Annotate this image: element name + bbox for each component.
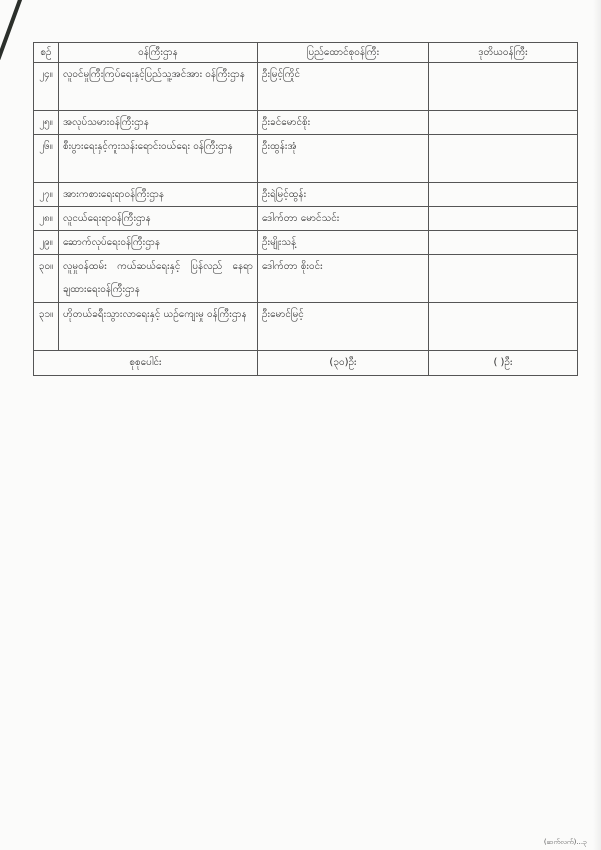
row-number: ၂၅။	[34, 111, 59, 135]
deputy-minister-name	[429, 255, 578, 303]
row-number: ၂၈။	[34, 207, 59, 231]
ministry-name: ဆောက်လုပ်ရေးဝန်ကြီးဌာန	[59, 231, 258, 255]
total-row: စုစုပေါင်း (၃၀)ဦး ( )ဦး	[34, 351, 578, 376]
deputy-minister-name	[429, 303, 578, 351]
table-row: ၂၈။ လူငယ်ရေးရာဝန်ကြီးဌာန ဒေါက်တာ မောင်သင…	[34, 207, 578, 231]
header-no: စဉ်	[34, 43, 59, 63]
table-row: ၂၅။ အလုပ်သမားဝန်ကြီးဌာန ဦးခင်မောင်စိုး	[34, 111, 578, 135]
union-minister-name: ဦးခင်မောင်စိုး	[258, 111, 429, 135]
page-continuation-note: (ဆက်လက်)...၃	[544, 838, 587, 848]
table-row: ၂၄။ လူဝင်မှုကြီးကြပ်ရေးနှင့်ပြည်သူ့အင်အာ…	[34, 63, 578, 111]
header-union-minister: ပြည်ထောင်စုဝန်ကြီး	[258, 43, 429, 63]
total-deputy-ministers: ( )ဦး	[429, 351, 578, 376]
total-union-ministers: (၃၀)ဦး	[258, 351, 429, 376]
page-edge-shadow	[593, 0, 601, 850]
union-minister-name: ဦးမောင်မြင့်	[258, 303, 429, 351]
row-number: ၃၀။	[34, 255, 59, 303]
deputy-minister-name	[429, 207, 578, 231]
union-minister-name: ဒေါက်တာ မောင်သင်း	[258, 207, 429, 231]
ministry-name: လူဝင်မှုကြီးကြပ်ရေးနှင့်ပြည်သူ့အင်အား ဝန…	[59, 63, 258, 111]
pen-mark	[0, 0, 24, 61]
union-minister-name: ဦးမျိုးသန့်	[258, 231, 429, 255]
row-number: ၂၆။	[34, 135, 59, 183]
union-minister-name: ဦးရဲမြင့်ထွန်း	[258, 183, 429, 207]
row-number: ၃၁။	[34, 303, 59, 351]
header-deputy-minister: ဒုတိယဝန်ကြီး	[429, 43, 578, 63]
ministry-name: အားကစားရေးရာဝန်ကြီးဌာန	[59, 183, 258, 207]
ministry-name: ဟိုတယ်ခရီးသွားလာရေးနှင့် ယဉ်ကျေးမှု ဝန်က…	[59, 303, 258, 351]
table-row: ၃၁။ ဟိုတယ်ခရီးသွားလာရေးနှင့် ယဉ်ကျေးမှု …	[34, 303, 578, 351]
deputy-minister-name	[429, 231, 578, 255]
row-number: ၂၄။	[34, 63, 59, 111]
union-minister-name: ဦးမြင့်ကြိုင်	[258, 63, 429, 111]
table-row: ၃၀။ လူမှုဝန်ထမ်း ကယ်ဆယ်ရေးနှင့် ပြန်လည် …	[34, 255, 578, 303]
deputy-minister-name	[429, 111, 578, 135]
ministry-name: စီးပွားရေးနှင့်ကူးသန်းရောင်းဝယ်ရေး ဝန်ကြ…	[59, 135, 258, 183]
ministry-name: လူမှုဝန်ထမ်း ကယ်ဆယ်ရေးနှင့် ပြန်လည် နေရာ…	[59, 255, 258, 303]
ministers-table: စဉ် ဝန်ကြီးဌာန ပြည်ထောင်စုဝန်ကြီး ဒုတိယဝ…	[33, 42, 578, 376]
ministry-name: အလုပ်သမားဝန်ကြီးဌာန	[59, 111, 258, 135]
table-header-row: စဉ် ဝန်ကြီးဌာန ပြည်ထောင်စုဝန်ကြီး ဒုတိယဝ…	[34, 43, 578, 63]
deputy-minister-name	[429, 63, 578, 111]
union-minister-name: ဦးထွန်းအုံ	[258, 135, 429, 183]
table-row: ၂၉။ ဆောက်လုပ်ရေးဝန်ကြီးဌာန ဦးမျိုးသန့်	[34, 231, 578, 255]
total-label: စုစုပေါင်း	[34, 351, 258, 376]
table-row: ၂၆။ စီးပွားရေးနှင့်ကူးသန်းရောင်းဝယ်ရေး ဝ…	[34, 135, 578, 183]
table-row: ၂၇။ အားကစားရေးရာဝန်ကြီးဌာန ဦးရဲမြင့်ထွန်…	[34, 183, 578, 207]
union-minister-name: ဒေါက်တာ စိုးဝင်း	[258, 255, 429, 303]
row-number: ၂၉။	[34, 231, 59, 255]
row-number: ၂၇။	[34, 183, 59, 207]
header-ministry: ဝန်ကြီးဌာန	[59, 43, 258, 63]
deputy-minister-name	[429, 135, 578, 183]
ministry-name: လူငယ်ရေးရာဝန်ကြီးဌာန	[59, 207, 258, 231]
deputy-minister-name	[429, 183, 578, 207]
